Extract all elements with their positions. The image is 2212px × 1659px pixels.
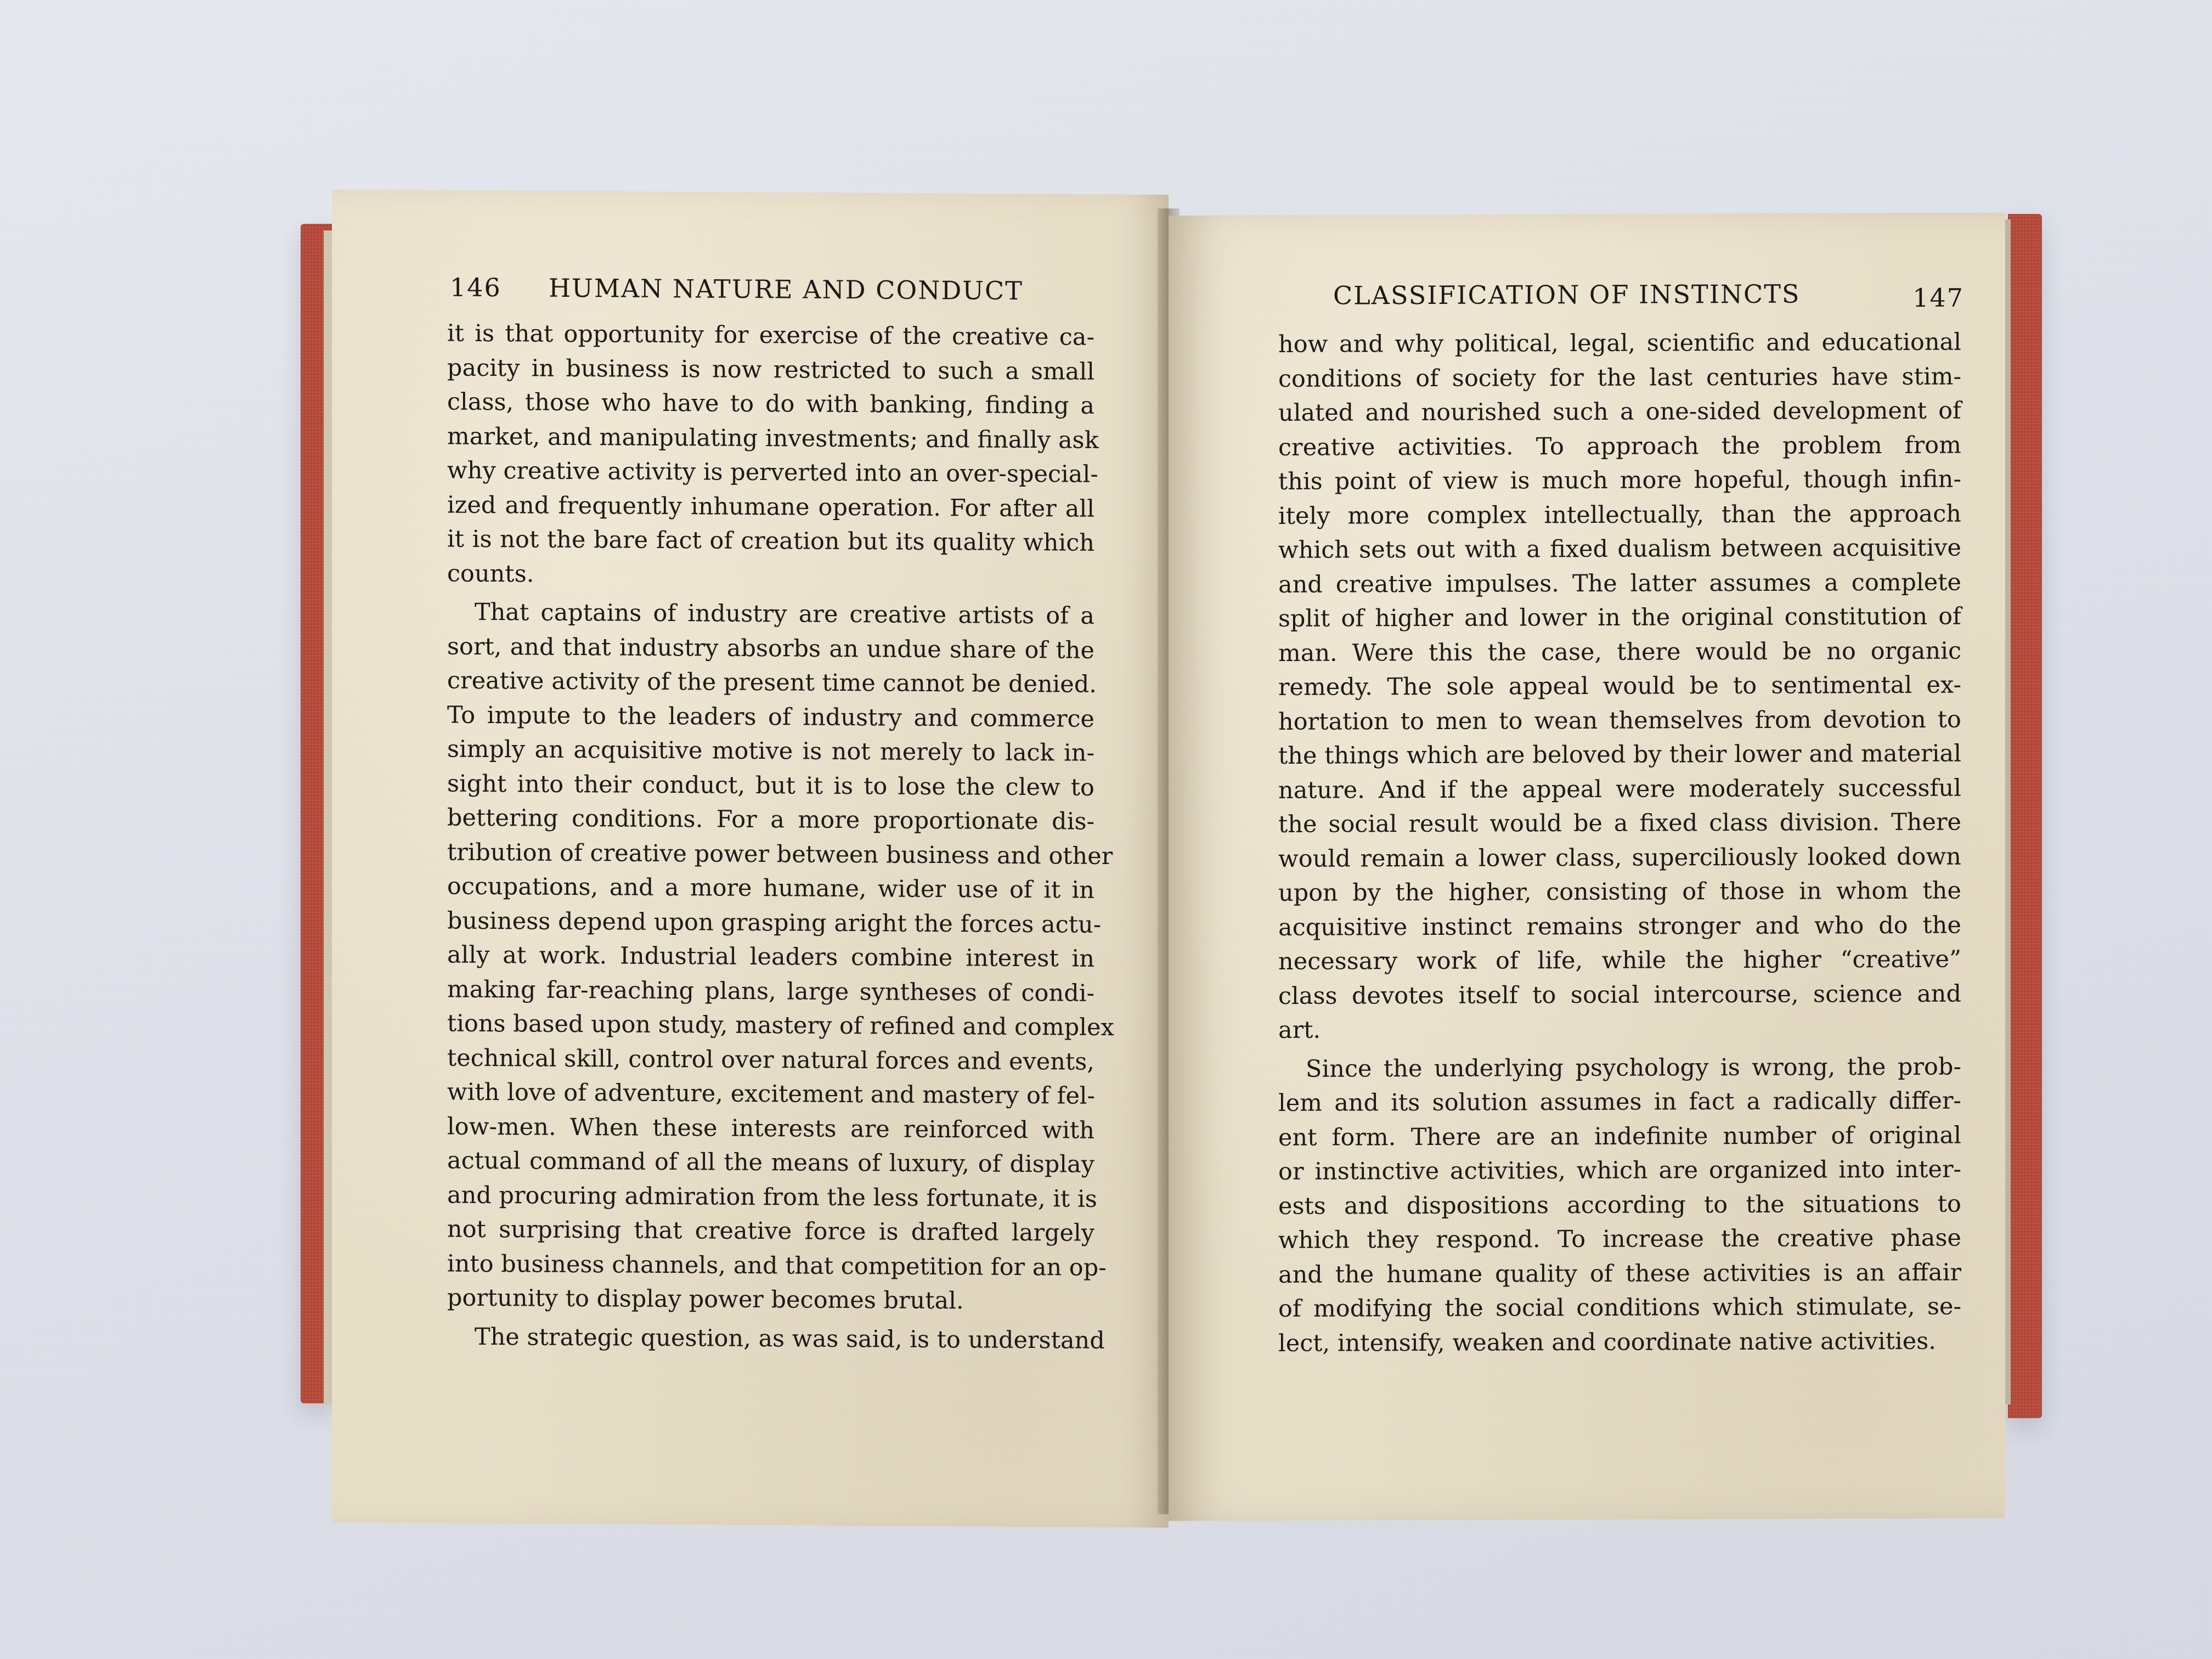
text-line: or instinctive activities, which are org… (1278, 1153, 1961, 1189)
text-line: acquisitive instinct remains stronger an… (1278, 908, 1961, 945)
text-line: which sets out with a fixed dualism betw… (1278, 531, 1961, 568)
text-line: split of higher and lower in the origina… (1278, 600, 1961, 636)
text-line: not surprising that creative force is dr… (447, 1212, 1094, 1251)
left-page-number: 146 (450, 273, 501, 303)
text-line: the things which are beloved by their lo… (1278, 737, 1961, 774)
text-line: bettering conditions. For a more proport… (447, 801, 1094, 839)
text-line: itely more complex intellectually, than … (1278, 496, 1961, 533)
text-line: That captains of industry are creative a… (447, 595, 1094, 634)
text-line: sort, and that industry absorbs an undue… (447, 629, 1094, 668)
right-body-text: how and why political, legal, scientific… (1278, 325, 1961, 1361)
book-cover-right (2008, 214, 2042, 1418)
text-line: making far-reaching plans, large synthes… (447, 972, 1094, 1011)
text-line: business depend upon grasping aright the… (447, 904, 1094, 942)
paragraph: That captains of industry are creative a… (447, 595, 1094, 1319)
text-line: it is not the bare fact of creation but … (447, 522, 1094, 561)
text-line: sight into their conduct, but it is to l… (447, 766, 1094, 805)
left-body-text: it is that opportunity for exercise of t… (447, 317, 1094, 1358)
photo-scene: 146 HUMAN NATURE AND CONDUCT it is that … (0, 0, 2212, 1659)
text-line: of modifying the social conditions which… (1278, 1290, 1961, 1327)
text-line: how and why political, legal, scientific… (1278, 325, 1961, 362)
text-line: simply an acquisitive motive is not mere… (447, 732, 1094, 771)
text-line: tribution of creative power between busi… (447, 835, 1094, 873)
text-line: why creative activity is perverted into … (447, 454, 1094, 492)
text-line: To impute to the leaders of industry and… (447, 698, 1094, 736)
text-line: creative activities. To approach the pro… (1278, 428, 1961, 465)
paragraph: Since the underlying psychology is wrong… (1278, 1049, 1961, 1361)
text-line: low-men. When these interests are reinfo… (447, 1109, 1094, 1148)
text-line: and the humane quality of these activiti… (1278, 1255, 1961, 1292)
text-line: this point of view is much more hopeful,… (1278, 462, 1961, 499)
text-line: and procuring admiration from the less f… (447, 1178, 1094, 1216)
text-line: would remain a lower class, supercilious… (1278, 839, 1961, 876)
text-line: it is that opportunity for exercise of t… (447, 317, 1094, 355)
text-line: creative activity of the present time ca… (447, 664, 1094, 702)
text-line: necessary work of life, while the higher… (1278, 943, 1961, 979)
text-line: pacity in business is now restricted to … (447, 351, 1094, 389)
text-line: and creative impulses. The latter assume… (1278, 565, 1961, 602)
text-line: into business channels, and that competi… (447, 1246, 1094, 1285)
text-line: the social result would be a fixed class… (1278, 805, 1961, 842)
text-line: with love of adventure, excitement and m… (447, 1075, 1094, 1114)
text-line: class devotes itself to social intercour… (1278, 977, 1961, 1013)
text-line: nature. And if the appeal were moderatel… (1278, 771, 1961, 808)
text-line: ally at work. Industrial leaders combine… (447, 938, 1094, 977)
text-line: technical skill, control over natural fo… (447, 1041, 1094, 1079)
right-page: CLASSIFICATION OF INSTINCTS 147 how and … (1169, 212, 2005, 1521)
text-line: portunity to display power becomes bruta… (447, 1281, 1094, 1319)
text-line: ests and dispositions according to the s… (1278, 1187, 1961, 1223)
left-page: 146 HUMAN NATURE AND CONDUCT it is that … (332, 189, 1169, 1527)
text-line: actual command of all the means of luxur… (447, 1144, 1094, 1182)
paragraph: The strategic question, as was said, is … (447, 1319, 1094, 1358)
text-line: hortation to men to wean themselves from… (1278, 702, 1961, 739)
paragraph: it is that opportunity for exercise of t… (447, 317, 1094, 595)
left-running-head: 146 HUMAN NATURE AND CONDUCT (450, 273, 1092, 276)
left-running-title: HUMAN NATURE AND CONDUCT (549, 273, 1023, 306)
text-line: remedy. The sole appeal would be to sent… (1278, 668, 1961, 705)
text-line: which they respond. To increase the crea… (1278, 1221, 1961, 1258)
text-line: occupations, and a more humane, wider us… (447, 870, 1094, 908)
text-line: upon by the higher, consisting of those … (1278, 874, 1961, 911)
right-running-head: CLASSIFICATION OF INSTINCTS 147 (1333, 279, 1964, 281)
text-line: art. (1278, 1011, 1961, 1048)
text-line: lem and its solution assumes in fact a r… (1278, 1084, 1961, 1121)
text-line: The strategic question, as was said, is … (447, 1319, 1094, 1358)
text-line: ulated and nourished such a one-sided de… (1278, 394, 1961, 431)
text-line: tions based upon study, mastery of refin… (447, 1007, 1094, 1045)
text-line: ent form. There are an indefinite number… (1278, 1118, 1961, 1155)
text-line: market, and manipulating investments; an… (447, 419, 1094, 458)
text-line: counts. (447, 556, 1094, 595)
text-line: Since the underlying psychology is wrong… (1278, 1049, 1961, 1086)
text-line: conditions of society for the last centu… (1278, 359, 1961, 396)
text-line: man. Were this the case, there would be … (1278, 634, 1961, 670)
text-line: class, those who have to do with banking… (447, 385, 1094, 424)
text-line: lect, intensify, weaken and coordinate n… (1278, 1324, 1961, 1361)
right-running-title: CLASSIFICATION OF INSTINCTS (1333, 279, 1800, 311)
text-line: ized and frequently inhumane operation. … (447, 488, 1094, 526)
right-page-number: 147 (1912, 283, 1964, 313)
paragraph: how and why political, legal, scientific… (1278, 325, 1961, 1048)
